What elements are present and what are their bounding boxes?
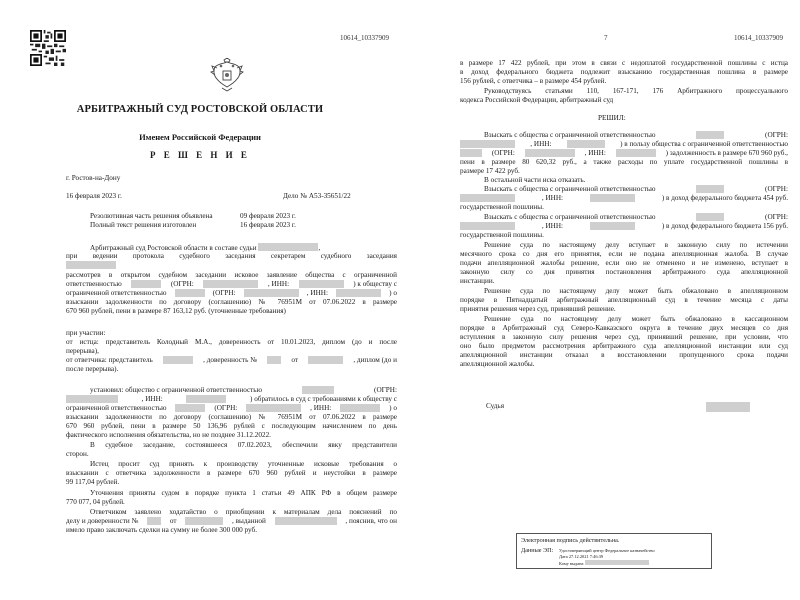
paragraph-line: от истца: представитель Колодный М.А., д… xyxy=(66,338,397,347)
paragraph-line: сторон. xyxy=(66,450,89,459)
paragraph-line: порядке в Арбитражный суд Северо-Кавказс… xyxy=(460,324,788,333)
paragraph-line: В судебное заседание, состоявшееся 07.02… xyxy=(90,441,397,450)
paragraph-line: перерыва), xyxy=(66,347,99,356)
paragraph-line: от ответчика: представитель, доверенност… xyxy=(66,356,397,365)
paragraph-line: Решение суда по настоящему делу может бы… xyxy=(484,287,788,296)
in-the-name-heading: Именем Российской Федерации xyxy=(0,132,400,142)
paragraph-line: Уточнения приняты судом в порядке пункта… xyxy=(90,489,397,498)
paragraph-line: имело право заключать сделки на сумму не… xyxy=(66,526,257,535)
document-id: 10614_10337909 xyxy=(734,34,783,42)
paragraph-line: , ИНН:) обратилось в суд с требованиями … xyxy=(66,395,397,404)
signature-data-label: Данные ЭП: xyxy=(521,547,553,554)
paragraph-line: Взыскать с общества с ограниченной ответ… xyxy=(484,131,788,140)
paragraph-line: рассмотрев в открытом судебном заседании… xyxy=(66,271,397,280)
redacted-secretary-name xyxy=(66,261,116,269)
paragraph-line: 156 рублей, с ответчика – в размере 454 … xyxy=(460,77,606,86)
paragraph-line: при участии: xyxy=(66,329,106,338)
paragraph-line: подачи апелляционной жалобы решение, есл… xyxy=(460,259,788,268)
case-number: Дело № А53-35651/22 xyxy=(283,192,351,201)
paragraph-line: , ИНН:) в доход федерального бюджета 156… xyxy=(460,222,788,231)
signature-issuer: Удостоверяющий центр Федеральное казначе… xyxy=(559,548,655,553)
document-id: 10614_10337909 xyxy=(340,34,389,42)
paragraph-line: месячного срока со дня его принятия, есл… xyxy=(460,250,788,259)
paragraph-line: при ведении протокола судебного заседани… xyxy=(66,252,397,261)
decided-title: РЕШИЛ: xyxy=(598,114,626,123)
paragraph-line: Взыскать с общества с ограниченной ответ… xyxy=(484,185,788,194)
paragraph-line: Взыскать с общества с ограниченной ответ… xyxy=(484,213,788,222)
paragraph-line: Решение суда по настоящему делу может бы… xyxy=(484,315,788,324)
document-page-right: 7 10614_10337909 в размере 17 422 рублей… xyxy=(420,0,800,600)
signature-date: Дата 27.12.2021 7:46:39 xyxy=(559,554,603,559)
paragraph-line: размере 17 422 руб. xyxy=(460,167,520,176)
paragraph-line: после перерыва). xyxy=(66,365,118,374)
paragraph-line: апелляционной жалобы. xyxy=(460,360,535,369)
paragraph-line: апелляционной инстанции отказал в восста… xyxy=(460,351,788,360)
signature-issued-to: Кому выдана xyxy=(559,560,649,566)
city: г. Ростов-на-Дону xyxy=(66,174,120,183)
paragraph-line: взыскании задолженности по договору (сог… xyxy=(66,413,397,422)
full-text-label: Полный текст решения изготовлен xyxy=(90,221,196,230)
paragraph-line: государственной пошлины. xyxy=(460,203,544,212)
paragraph-line: (ОГРН:, ИНН:) задолженность в размере 67… xyxy=(460,149,788,158)
signature-valid-text: Электронная подпись действительна. xyxy=(521,537,619,544)
paragraph-line: , ИНН:) в доход федерального бюджета 454… xyxy=(460,194,788,203)
paragraph-line: Ответчиком заявлено ходатайство о приобщ… xyxy=(90,508,397,517)
paragraph-line: делу и доверенности №от, выданной, поясн… xyxy=(66,517,397,526)
paragraph-line: в размере 17 422 рублей, при этом в связ… xyxy=(460,59,788,68)
paragraph-line: , ИНН:) в пользу общества с ограниченной… xyxy=(460,140,788,149)
paragraph-line: 670 960 рублей, пени в размере 50 136,96… xyxy=(66,422,397,431)
paragraph-line: фактического исполнения обязательства, н… xyxy=(66,431,271,440)
paragraph-line: ограниченной ответственностью(ОГРН:, ИНН… xyxy=(66,404,397,413)
paragraph-line: пени в размере 80 620,32 руб., а также р… xyxy=(460,158,788,167)
court-name: АРБИТРАЖНЫЙ СУД РОСТОВСКОЙ ОБЛАСТИ xyxy=(0,104,400,115)
paragraph-line: взыскании с ответчика задолженности в ра… xyxy=(66,469,397,478)
paragraph-line: ограниченной ответственностью(ОГРН:, ИНН… xyxy=(66,289,397,298)
judge-label: Судья xyxy=(486,402,504,411)
paragraph-line: законную силу со дня принятия постановле… xyxy=(460,268,788,277)
paragraph-line: вступления в законную силу решения через… xyxy=(460,333,788,342)
paragraph-line: в доход федерального бюджета подлежит вз… xyxy=(460,68,788,77)
electronic-signature-stamp: Электронная подпись действительна. Данны… xyxy=(516,533,712,569)
redacted-judge-signature xyxy=(706,402,750,412)
operative-part-label: Резолютивная часть решения объявлена xyxy=(90,212,213,221)
paragraph-line: Истец просит суд принять к производству … xyxy=(90,460,397,469)
paragraph-line: В остальной части иска отказать. xyxy=(484,176,585,185)
paragraph-line: принятия решения через суд, принявший ре… xyxy=(460,305,616,314)
full-text-date: 16 февраля 2023 г. xyxy=(240,221,296,230)
paragraph-line: инстанции. xyxy=(460,277,495,286)
paragraph-line: установил: общество с ограниченной ответ… xyxy=(90,386,397,395)
paragraph-line: 770 077, 04 рублей. xyxy=(66,498,125,507)
paragraph-line: взыскании задолженности по договору (сог… xyxy=(66,298,397,307)
qr-code-icon xyxy=(30,30,66,66)
paragraph-line: оно было предметом рассмотрения арбитраж… xyxy=(460,342,788,351)
paragraph-line: 670 960 рублей, пени в размере 87 163,12… xyxy=(66,307,286,316)
operative-part-date: 09 февраля 2023 г. xyxy=(240,212,296,221)
document-page-left: 10614_10337909 АРБИТРАЖНЫЙ СУД РОСТОВСКО… xyxy=(0,0,400,600)
paragraph-line xyxy=(66,261,116,271)
paragraph-line: Руководствуясь статьями 110, 167-171, 17… xyxy=(484,87,788,96)
paragraph-line: Решение суда по настоящему делу вступает… xyxy=(484,241,788,250)
page-number: 7 xyxy=(604,34,608,42)
decision-title: Р Е Ш Е Н И Е xyxy=(0,150,400,160)
decision-date: 16 февраля 2023 г. xyxy=(66,192,122,201)
paragraph-line: государственной пошлины. xyxy=(460,231,544,240)
redacted-judge-name xyxy=(258,243,318,251)
paragraph-line: 99 117,04 рублей. xyxy=(66,478,119,487)
paragraph-line: ответственностью(ОГРН:, ИНН:) к обществу… xyxy=(66,280,397,289)
paragraph-line: кодекса Российской Федерации, арбитражны… xyxy=(460,96,613,105)
paragraph-line: порядке в Пятнадцатый арбитражный апелля… xyxy=(460,296,788,305)
russian-coat-of-arms-icon xyxy=(208,58,246,92)
